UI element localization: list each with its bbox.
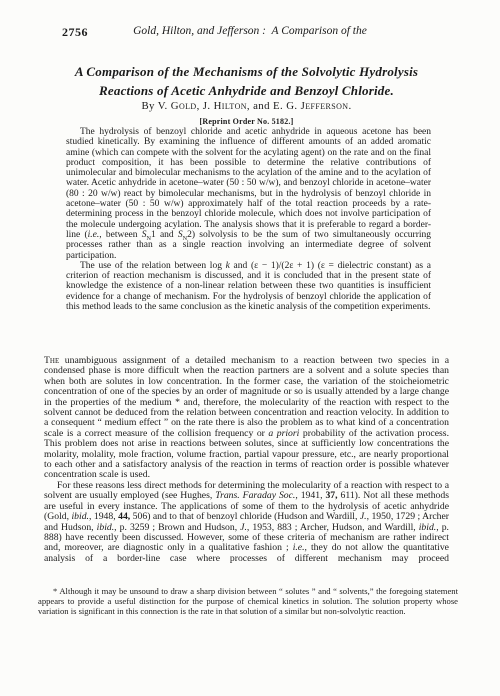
byline: By V. Gold, J. Hilton, and E. G. Jeffers… xyxy=(44,100,449,112)
article-title-line-1: A Comparison of the Mechanisms of the So… xyxy=(44,62,449,81)
abstract-paragraph-2: The use of the relation between log k an… xyxy=(66,261,431,312)
article-title: A Comparison of the Mechanisms of the So… xyxy=(44,62,449,100)
body-paragraph-1: The unambiguous assignment of a detailed… xyxy=(44,356,449,481)
reprint-order: [Reprint Order No. 5182.] xyxy=(44,117,449,126)
journal-page: 2756 Gold, Hilton, and Jefferson : A Com… xyxy=(0,0,500,696)
page-header: 2756 Gold, Hilton, and Jefferson : A Com… xyxy=(0,25,500,40)
footnote-paragraph: * Although it may be unsound to draw a s… xyxy=(38,586,458,617)
abstract-paragraph-1: The hydrolysis of benzoyl chloride and a… xyxy=(66,127,431,261)
page-number: 2756 xyxy=(62,25,88,40)
abstract: The hydrolysis of benzoyl chloride and a… xyxy=(66,127,431,312)
article-title-line-2: Reactions of Acetic Anhydride and Benzoy… xyxy=(44,81,449,100)
footnote: * Although it may be unsound to draw a s… xyxy=(38,586,458,617)
body-paragraph-2: For these reasons less direct methods fo… xyxy=(44,481,449,564)
article-body: The unambiguous assignment of a detailed… xyxy=(44,356,449,564)
